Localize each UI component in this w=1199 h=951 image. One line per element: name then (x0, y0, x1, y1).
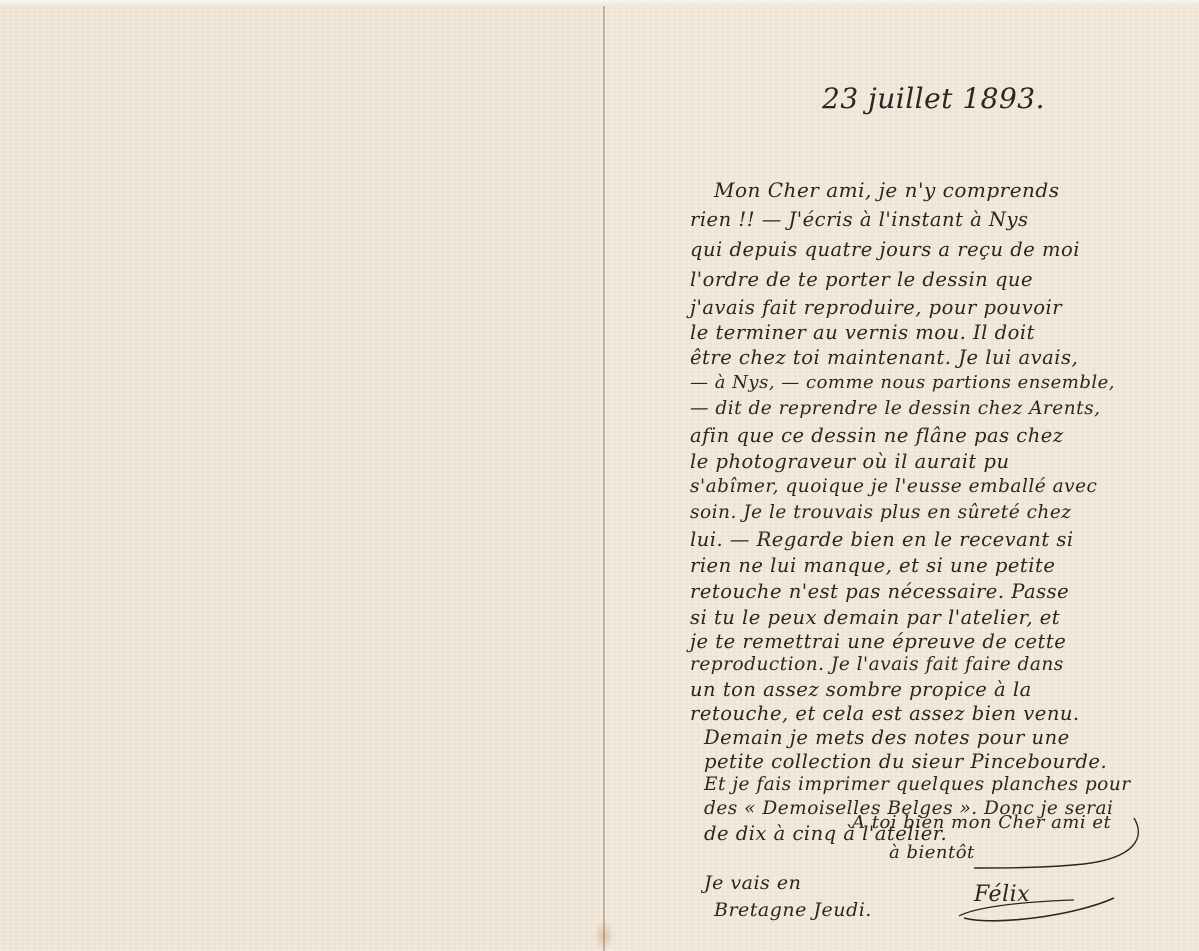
letter-line: retouche n'est pas nécessaire. Passe (690, 580, 1069, 603)
left-page-blank (0, 6, 604, 951)
letter-line: un ton assez sombre propice à la (690, 678, 1032, 701)
letter-line: si tu le peux demain par l'atelier, et (690, 606, 1060, 629)
right-page-letter: 23 juillet 1893. Mon Cher ami, je n'y co… (604, 6, 1199, 951)
signature-flourish-icon (954, 886, 1124, 926)
letter-spread: 23 juillet 1893. Mon Cher ami, je n'y co… (0, 6, 1199, 951)
letter-line: lui. — Regarde bien en le recevant si (690, 528, 1074, 551)
postscript-line: Je vais en (704, 872, 801, 894)
fold-stain (594, 920, 614, 951)
postscript-line: Bretagne Jeudi. (714, 899, 872, 921)
letter-line: je te remettrai une épreuve de cette (690, 630, 1066, 653)
letter-date: 23 juillet 1893. (822, 82, 1045, 115)
letter-line: petite collection du sieur Pincebourde. (704, 750, 1107, 773)
letter-line: le photograveur où il aurait pu (690, 450, 1010, 473)
letter-line: Mon Cher ami, je n'y comprends (714, 178, 1059, 202)
letter-line: le terminer au vernis mou. Il doit (690, 321, 1035, 344)
letter-line: afin que ce dessin ne flâne pas chez (690, 424, 1064, 447)
letter-line: j'avais fait reproduire, pour pouvoir (690, 296, 1062, 319)
letter-line: — à Nys, — comme nous partions ensemble, (690, 372, 1115, 393)
book-fold (603, 6, 605, 951)
letter-line: rien ne lui manque, et si une petite (690, 554, 1055, 577)
letter-line: qui depuis quatre jours a reçu de moi (690, 238, 1080, 261)
letter-line: être chez toi maintenant. Je lui avais, (690, 346, 1078, 369)
letter-line: rien !! — J'écris à l'instant à Nys (690, 208, 1029, 231)
letter-line: soin. Je le trouvais plus en sûreté chez (690, 502, 1072, 523)
letter-line: s'abîmer, quoique je l'eusse emballé ave… (690, 476, 1097, 497)
letter-line: Et je fais imprimer quelques planches po… (704, 774, 1131, 795)
letter-line: retouche, et cela est assez bien venu. (690, 702, 1080, 725)
letter-line: — dit de reprendre le dessin chez Arents… (690, 398, 1100, 419)
letter-line: l'ordre de te porter le dessin que (690, 268, 1033, 291)
letter-line: Demain je mets des notes pour une (704, 726, 1070, 749)
closing-flourish-icon (934, 818, 1154, 878)
letter-line: reproduction. Je l'avais fait faire dans (690, 654, 1064, 675)
